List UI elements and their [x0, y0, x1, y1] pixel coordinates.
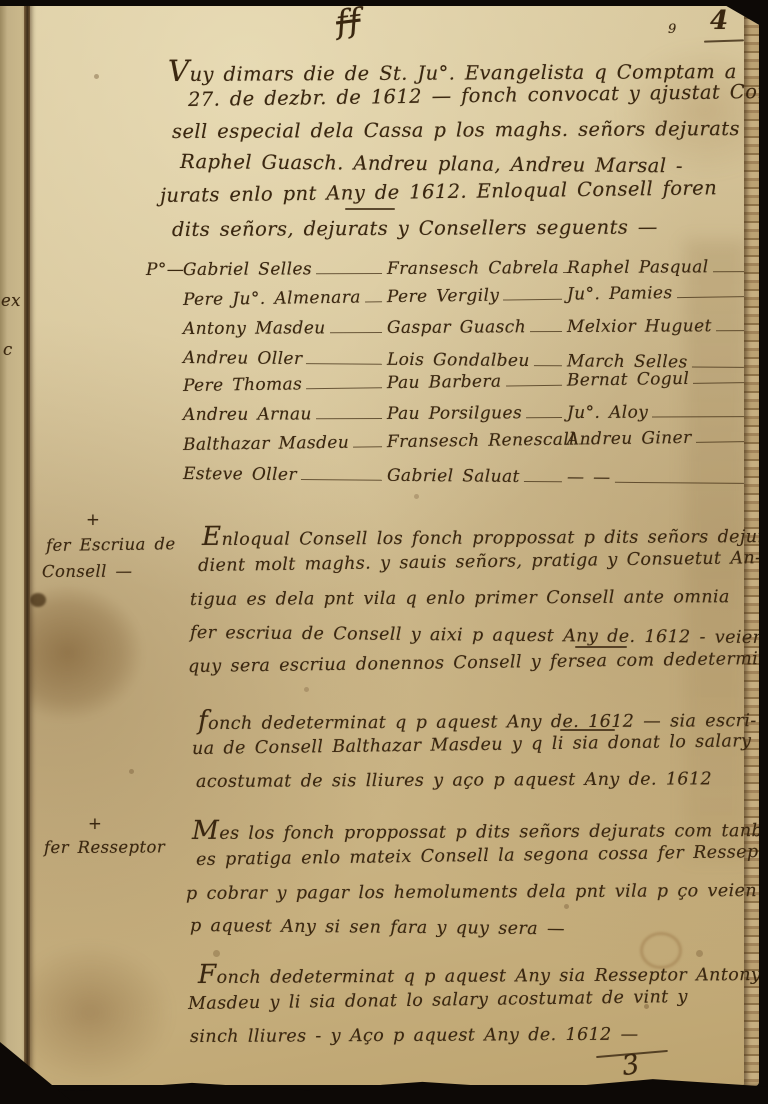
attendee-name: Fransesch Renescall — [387, 430, 575, 453]
previous-page-edge: ex c — [0, 0, 25, 1092]
scan-edge-right — [759, 0, 768, 1104]
edge-fragment: ex — [1, 291, 21, 310]
opening-line: Raphel Guasch. Andreu plana, Andreu Mars… — [180, 150, 683, 177]
paragraph-line: p cobrar y pagar los hemoluments dela pn… — [186, 881, 757, 904]
paragraph-line: Fonch dedeterminat q p aquest Any sia Re… — [198, 957, 761, 990]
attendee-row: Antony Masdeu Gaspar Guasch Melxior Hugu… — [183, 316, 749, 339]
dash-connector — [716, 330, 744, 331]
attendee-name: Andreu Arnau — [183, 404, 312, 425]
ink-underline — [345, 208, 395, 210]
dash-connector — [306, 387, 382, 389]
attendee-name: Antony Masdeu — [183, 318, 326, 339]
paragraph-line: acostumat de sis lliures y aço p aquest … — [196, 769, 712, 792]
dash-connector — [353, 446, 382, 447]
dash-connector — [316, 273, 382, 274]
paragraph-line: Mes los fonch proppossat p dits señors d… — [192, 813, 768, 846]
attendee-name: Pere Ju°. Almenara — [183, 288, 361, 310]
top-flourish-mark: ff — [334, 1, 363, 42]
attendee-name: Fransesch Cabrela — [387, 258, 559, 279]
margin-note-line: Consell — — [42, 562, 132, 581]
scan-background: ex c ff 9 4 Vuy dimars die de St. Ju°. E… — [0, 0, 768, 1104]
margin-note-line: fer Escriua de — [46, 534, 176, 555]
attendee-name: Bernat Cogul — [567, 369, 690, 391]
dash-connector — [696, 441, 744, 443]
edge-fragment: c — [3, 340, 13, 359]
dash-connector — [530, 331, 562, 332]
dash-connector — [526, 417, 562, 418]
attendee-name: Ju°. Pamies — [567, 283, 673, 304]
scan-edge-bottom — [0, 1058, 768, 1104]
ink-underline — [560, 729, 615, 731]
dash-connector — [316, 418, 382, 419]
binding-fold-line — [24, 0, 30, 1092]
dash-connector — [615, 482, 744, 484]
dash-connector — [506, 385, 562, 387]
dash-connector — [534, 365, 562, 366]
attendee-name: Pere Thomas — [183, 374, 303, 396]
folio-mark: 9 — [668, 22, 677, 37]
dash-connector — [524, 481, 562, 482]
attendee-name: Andreu Oller — [183, 348, 303, 369]
attendee-name: Andreu Giner — [567, 428, 692, 450]
dash-connector — [306, 363, 382, 365]
cross-mark: + — [86, 510, 100, 529]
attendee-name: Gabriel Selles — [183, 259, 312, 280]
dash-connector — [652, 416, 744, 417]
attendee-name: Balthazar Masdeu — [183, 433, 349, 455]
attendee-name: Lois Gondalbeu — [387, 350, 530, 371]
attendee-name: Esteve Oller — [183, 464, 297, 485]
dash-connector — [330, 332, 382, 333]
attendee-row: Andreu Arnau Pau Porsilgues Ju°. Aloy — [183, 402, 749, 425]
attendee-row: Gabriel Selles Fransesch Cabrela Raphel … — [183, 257, 749, 280]
attendee-name: Ju°. Aloy — [567, 403, 648, 423]
dash-connector — [693, 382, 744, 384]
attendee-name: Melxior Huguet — [567, 316, 712, 337]
dash-connector — [713, 271, 744, 272]
ink-underline — [575, 646, 627, 648]
paragraph-line: Enloqual Consell los fonch proppossat p … — [202, 519, 768, 552]
attendees-prefix: P°— — [146, 260, 184, 280]
opening-line: dits señors, dejurats y Consellers segue… — [172, 215, 658, 241]
paragraph-line: sinch lliures - y Aço p aquest Any de. 1… — [190, 1025, 639, 1047]
attendee-name: Pau Barbera — [387, 372, 502, 394]
scan-edge-top — [0, 0, 768, 6]
attendee-name: Pau Porsilgues — [387, 403, 522, 424]
paragraph-line: p aquest Any si sen fara y quy sera — — [190, 916, 565, 939]
attendee-name: Gabriel Saluat — [387, 466, 520, 487]
dash-connector — [677, 296, 744, 298]
paragraph-line: tigua es dela pnt vila q enlo primer Con… — [190, 587, 730, 610]
folio-number: 4 — [710, 6, 729, 36]
attendee-name: Pere Vergily — [387, 286, 500, 308]
margin-note-line: fer Resseptor — [44, 837, 165, 857]
attendee-name: Raphel Pasqual — [567, 257, 709, 278]
dash-connector — [301, 479, 382, 481]
attendee-name: — — — [567, 467, 611, 487]
dash-connector — [365, 301, 382, 302]
paragraph-line: fonch dedeterminat q p aquest Any de. 16… — [198, 703, 757, 736]
dash-connector — [503, 299, 562, 301]
opening-line: sell especial dela Cassa p los maghs. se… — [172, 117, 740, 143]
attendee-name: Gaspar Guasch — [387, 317, 526, 338]
cross-mark: + — [88, 814, 102, 833]
